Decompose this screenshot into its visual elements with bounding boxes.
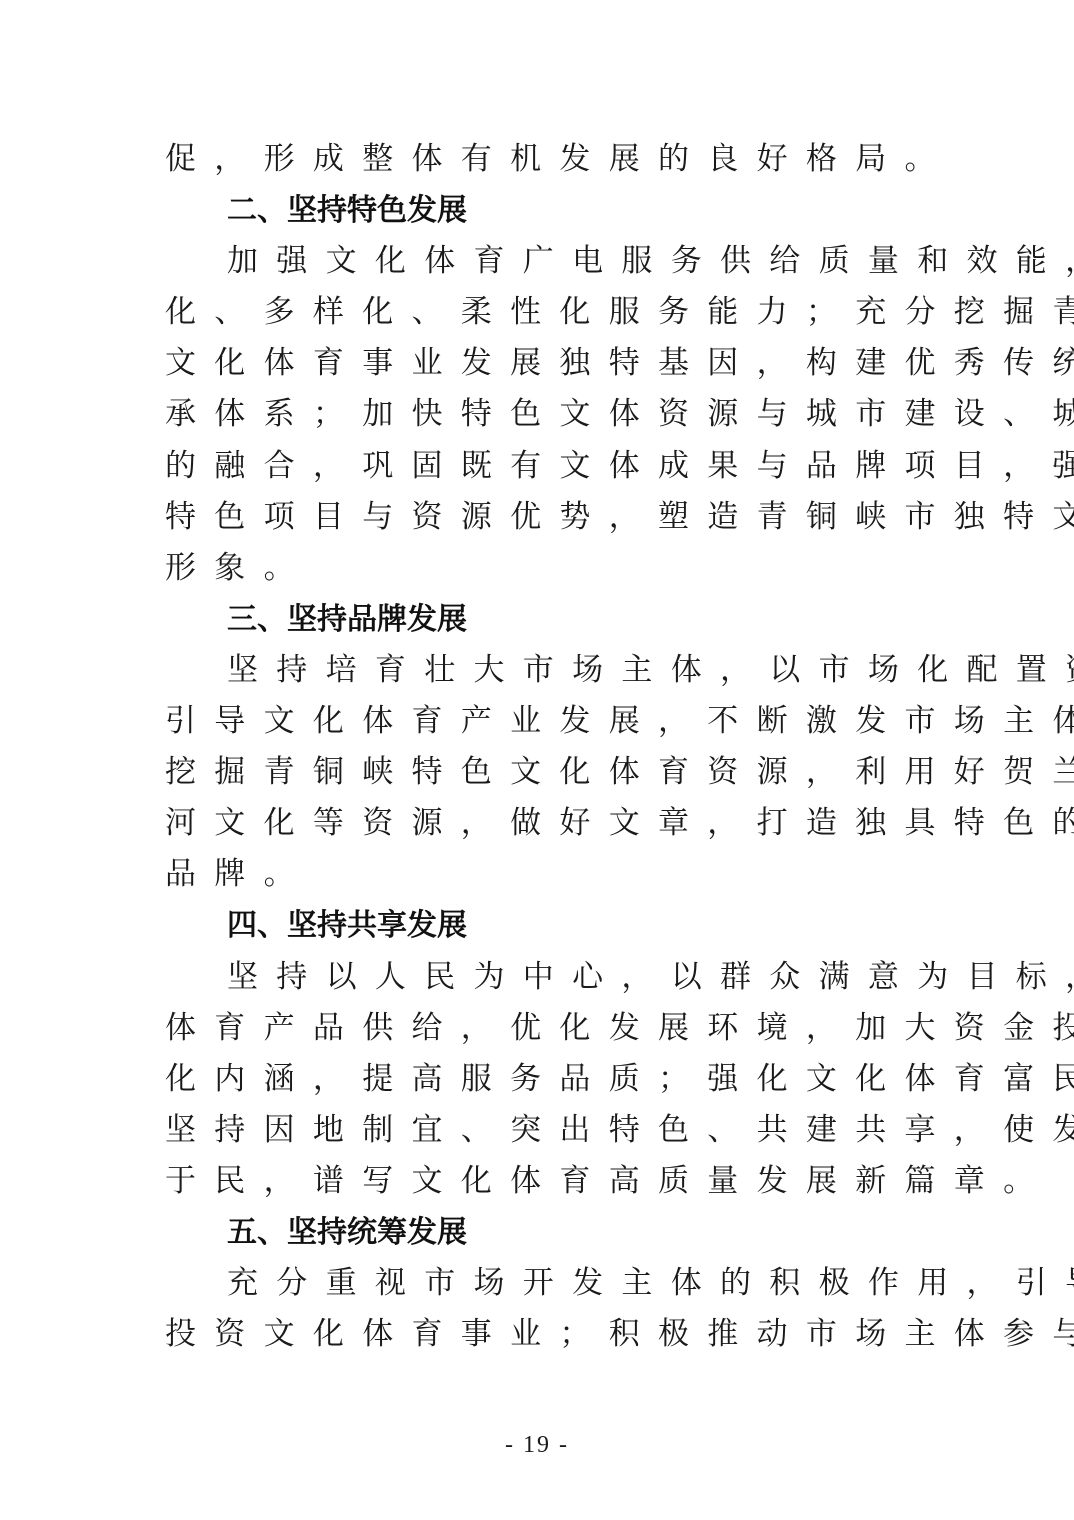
paragraph-line: 的融合，巩固既有文体成果与品牌项目，强化已有区域 <box>165 441 915 492</box>
paragraph-line: 坚持因地制宜、突出特色、共建共享，使发展成果惠及 <box>165 1105 915 1156</box>
paragraph-line: 特色项目与资源优势，塑造青铜峡市独特文化体育事业 <box>165 492 915 543</box>
page-number: - 19 - <box>0 1432 1074 1459</box>
paragraph-line: 投资文化体育事业；积极推动市场主体参与公共文化体 <box>165 1309 915 1360</box>
section-heading-4: 四、坚持共享发展 <box>165 900 915 951</box>
paragraph-line: 加强文化体育广电服务供给质量和效能，增强个性 <box>165 236 915 287</box>
document-page: 促，形成整体有机发展的良好格局。 二、坚持特色发展 加强文化体育广电服务供给质量… <box>165 134 915 1360</box>
paragraph-line: 文化体育事业发展独特基因，构建优秀传统文化体育传 <box>165 338 915 389</box>
paragraph-line: 品牌。 <box>165 849 915 900</box>
paragraph-line: 化内涵，提高服务品质；强化文化体育富民强民功能， <box>165 1054 915 1105</box>
section-heading-2: 二、坚持特色发展 <box>165 185 915 236</box>
paragraph-line: 形象。 <box>165 543 915 594</box>
paragraph-line: 充分重视市场开发主体的积极作用，引导市场主体 <box>165 1258 915 1309</box>
section-heading-5: 五、坚持统筹发展 <box>165 1207 915 1258</box>
paragraph-line: 坚持培育壮大市场主体，以市场化配置资源的手段 <box>165 645 915 696</box>
paragraph-line: 引导文化体育产业发展，不断激发市场主体活力；深度 <box>165 696 915 747</box>
paragraph-line: 河文化等资源，做好文章，打造独具特色的青铜峡文体 <box>165 798 915 849</box>
paragraph-line: 于民，谱写文化体育高质量发展新篇章。 <box>165 1156 915 1207</box>
paragraph-line: 体育产品供给，优化发展环境，加大资金投入，丰富文 <box>165 1003 915 1054</box>
paragraph-line: 承体系；加快特色文体资源与城市建设、城区品牌建设 <box>165 389 915 440</box>
paragraph-line: 挖掘青铜峡特色文化体育资源，利用好贺兰山文化、黄 <box>165 747 915 798</box>
section-heading-3: 三、坚持品牌发展 <box>165 594 915 645</box>
paragraph-line: 化、多样化、柔性化服务能力；充分挖掘青铜峡市自身 <box>165 287 915 338</box>
paragraph-line: 坚持以人民为中心，以群众满意为目标，增强文化 <box>165 952 915 1003</box>
paragraph-line: 促，形成整体有机发展的良好格局。 <box>165 134 915 185</box>
